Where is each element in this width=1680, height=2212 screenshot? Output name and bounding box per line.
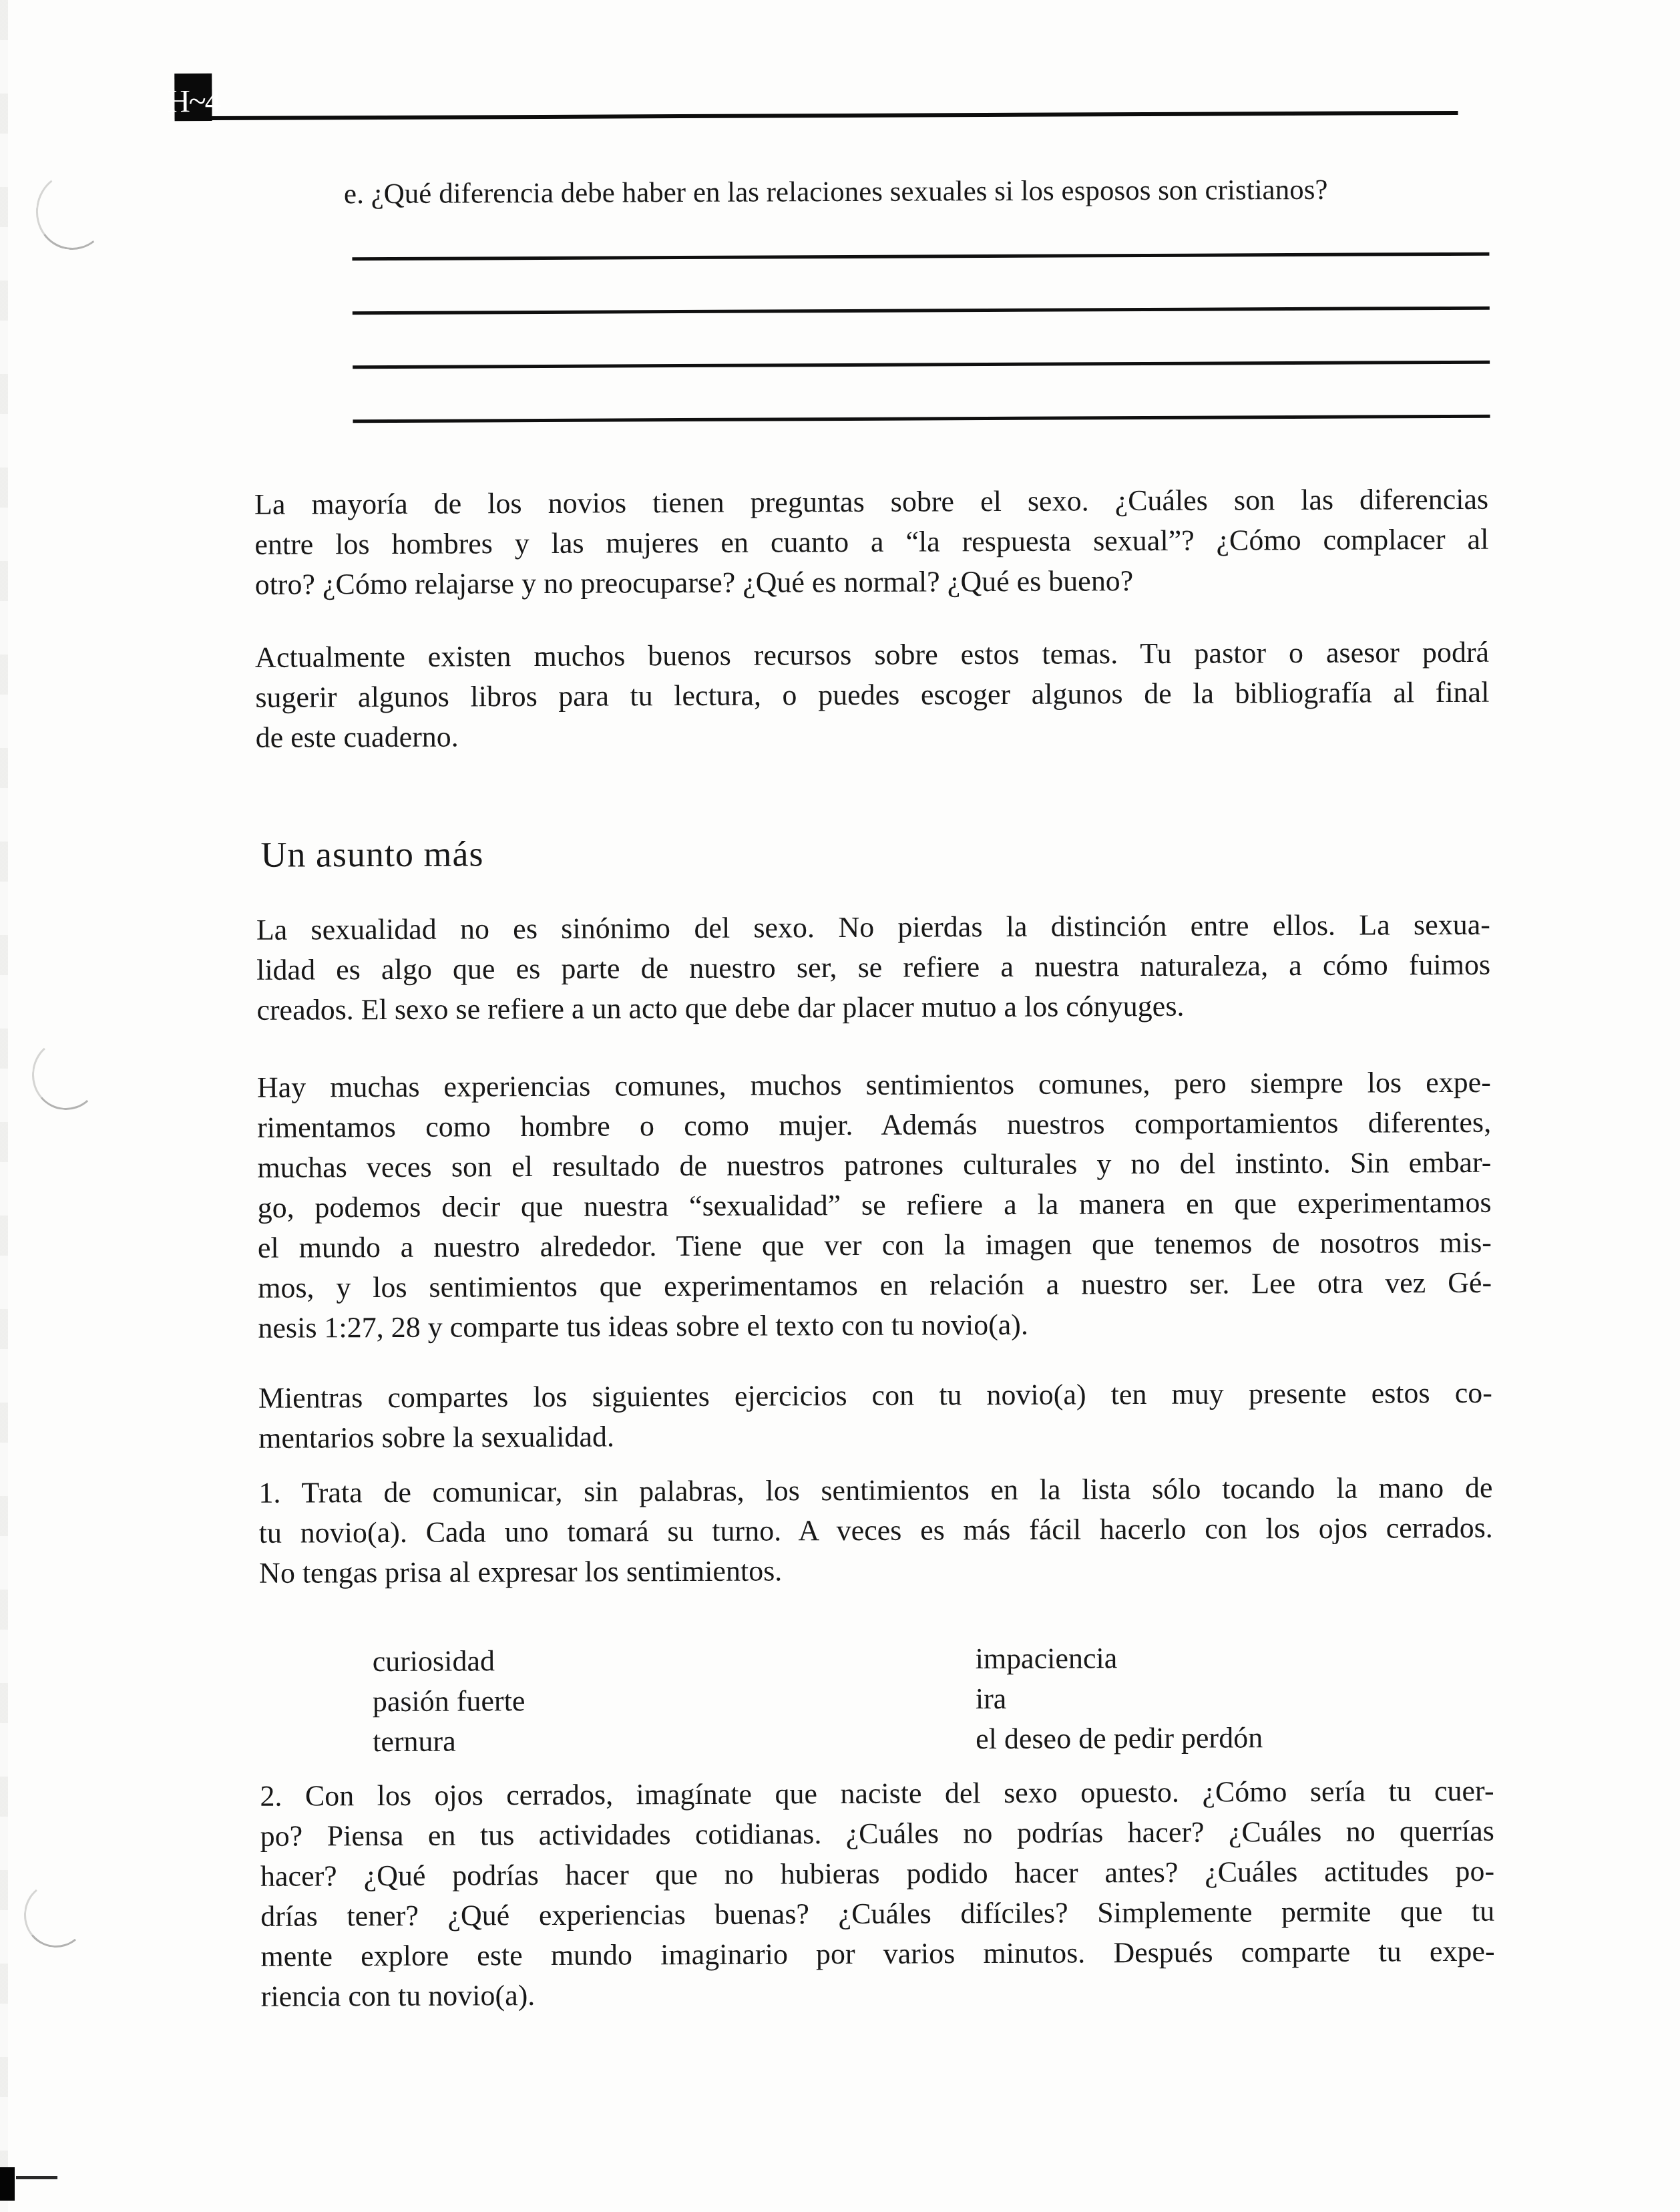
text-line: impaciencia bbox=[975, 1637, 1482, 1679]
paragraph-recursos: Actualmente existen muchos buenos recurs… bbox=[255, 632, 1490, 758]
answer-blank-line[interactable] bbox=[352, 252, 1489, 260]
text-line: muchas veces son el resultado de nuestro… bbox=[257, 1143, 1491, 1188]
text-line: Mientras compartes los siguientes ejerci… bbox=[258, 1373, 1492, 1419]
text-line: 2. Con los ojos cerrados, imagínate que … bbox=[260, 1771, 1494, 1817]
feelings-column-left: curiosidadpasión fuerteternura bbox=[372, 1640, 907, 1762]
text-line: rimentamos como hombre o como mujer. Ade… bbox=[257, 1103, 1491, 1148]
exercise-2: 2. Con los ojos cerrados, imagínate que … bbox=[260, 1771, 1495, 2017]
text-line: el mundo a nuestro alrededor. Tiene que … bbox=[258, 1223, 1492, 1268]
answer-blank-line[interactable] bbox=[353, 307, 1490, 315]
text-line: lidad es algo que es parte de nuestro se… bbox=[256, 945, 1490, 990]
answer-blank-line[interactable] bbox=[353, 415, 1490, 423]
page-number-badge: H~4 bbox=[174, 73, 212, 121]
text-line: entre los hombres y las mujeres en cuant… bbox=[254, 520, 1488, 565]
scan-corner-mark bbox=[0, 2167, 15, 2201]
text-line: creados. El sexo se refiere a un acto qu… bbox=[256, 985, 1490, 1031]
text-line: go, podemos decir que nuestra “sexualida… bbox=[258, 1183, 1492, 1228]
question-e-text: e. ¿Qué diferencia debe haber en las rel… bbox=[344, 170, 1492, 215]
text-line: po? Piensa en tus actividades cotidianas… bbox=[260, 1811, 1494, 1857]
scanned-workbook-page: H~4 e. ¿Qué diferencia debe haber en las… bbox=[0, 0, 1680, 2212]
text-line: nesis 1:27, 28 y comparte tus ideas sobr… bbox=[258, 1303, 1492, 1348]
text-line: riencia con tu novio(a). bbox=[261, 1972, 1495, 2017]
text-line: el deseo de pedir perdón bbox=[976, 1717, 1483, 1759]
header-rule bbox=[212, 111, 1458, 120]
answer-blank-line[interactable] bbox=[353, 361, 1490, 369]
text-line: sugerir algunos libros para tu lectura, … bbox=[255, 673, 1489, 718]
text-line: La sexualidad no es sinónimo del sexo. N… bbox=[256, 905, 1490, 950]
text-line: otro? ¿Cómo relajarse y no preocuparse? … bbox=[254, 560, 1488, 605]
text-line: mentarios sobre la sexualidad. bbox=[258, 1413, 1492, 1459]
text-line: mos, y los sentimientos que experimentam… bbox=[258, 1263, 1492, 1308]
text-line: de este cuaderno. bbox=[255, 713, 1489, 758]
text-line: hacer? ¿Qué podrías hacer que no hubiera… bbox=[260, 1851, 1494, 1897]
text-line: Actualmente existen muchos buenos recurs… bbox=[255, 632, 1489, 678]
exercise-1: 1. Trata de comunicar, sin palabras, los… bbox=[258, 1468, 1493, 1594]
text-line: ira bbox=[976, 1677, 1483, 1719]
text-line: mente explore este mundo imaginario por … bbox=[260, 1931, 1494, 1977]
paragraph-preguntas-sexo: La mayoría de los novios tienen pregunta… bbox=[254, 480, 1489, 605]
text-line: curiosidad bbox=[372, 1640, 906, 1682]
text-line: tu novio(a). Cada uno tomará su turno. A… bbox=[259, 1508, 1493, 1553]
feelings-column-right: impacienciairael deseo de pedir perdón bbox=[975, 1637, 1483, 1759]
answer-blanks bbox=[352, 252, 1490, 474]
text-line: ternura bbox=[373, 1720, 907, 1762]
paragraph-mientras-compartes: Mientras compartes los siguientes ejerci… bbox=[258, 1373, 1493, 1459]
text-line: Hay muchas experiencias comunes, muchos … bbox=[257, 1063, 1491, 1108]
text-line: 1. Trata de comunicar, sin palabras, los… bbox=[258, 1468, 1492, 1513]
paragraph-sexualidad-sinonimo: La sexualidad no es sinónimo del sexo. N… bbox=[256, 905, 1491, 1031]
page-content: H~4 e. ¿Qué diferencia debe haber en las… bbox=[0, 0, 1680, 2212]
scan-corner-dash bbox=[16, 2176, 57, 2179]
section-heading: Un asunto más bbox=[260, 832, 483, 876]
text-line: La mayoría de los novios tienen pregunta… bbox=[254, 480, 1488, 525]
text-line: pasión fuerte bbox=[373, 1680, 907, 1722]
text-line: drías tener? ¿Qué experiencias buenas? ¿… bbox=[260, 1891, 1494, 1937]
paragraph-experiencias-comunes: Hay muchas experiencias comunes, muchos … bbox=[257, 1063, 1492, 1348]
text-line: No tengas prisa al expresar los sentimie… bbox=[259, 1548, 1493, 1594]
